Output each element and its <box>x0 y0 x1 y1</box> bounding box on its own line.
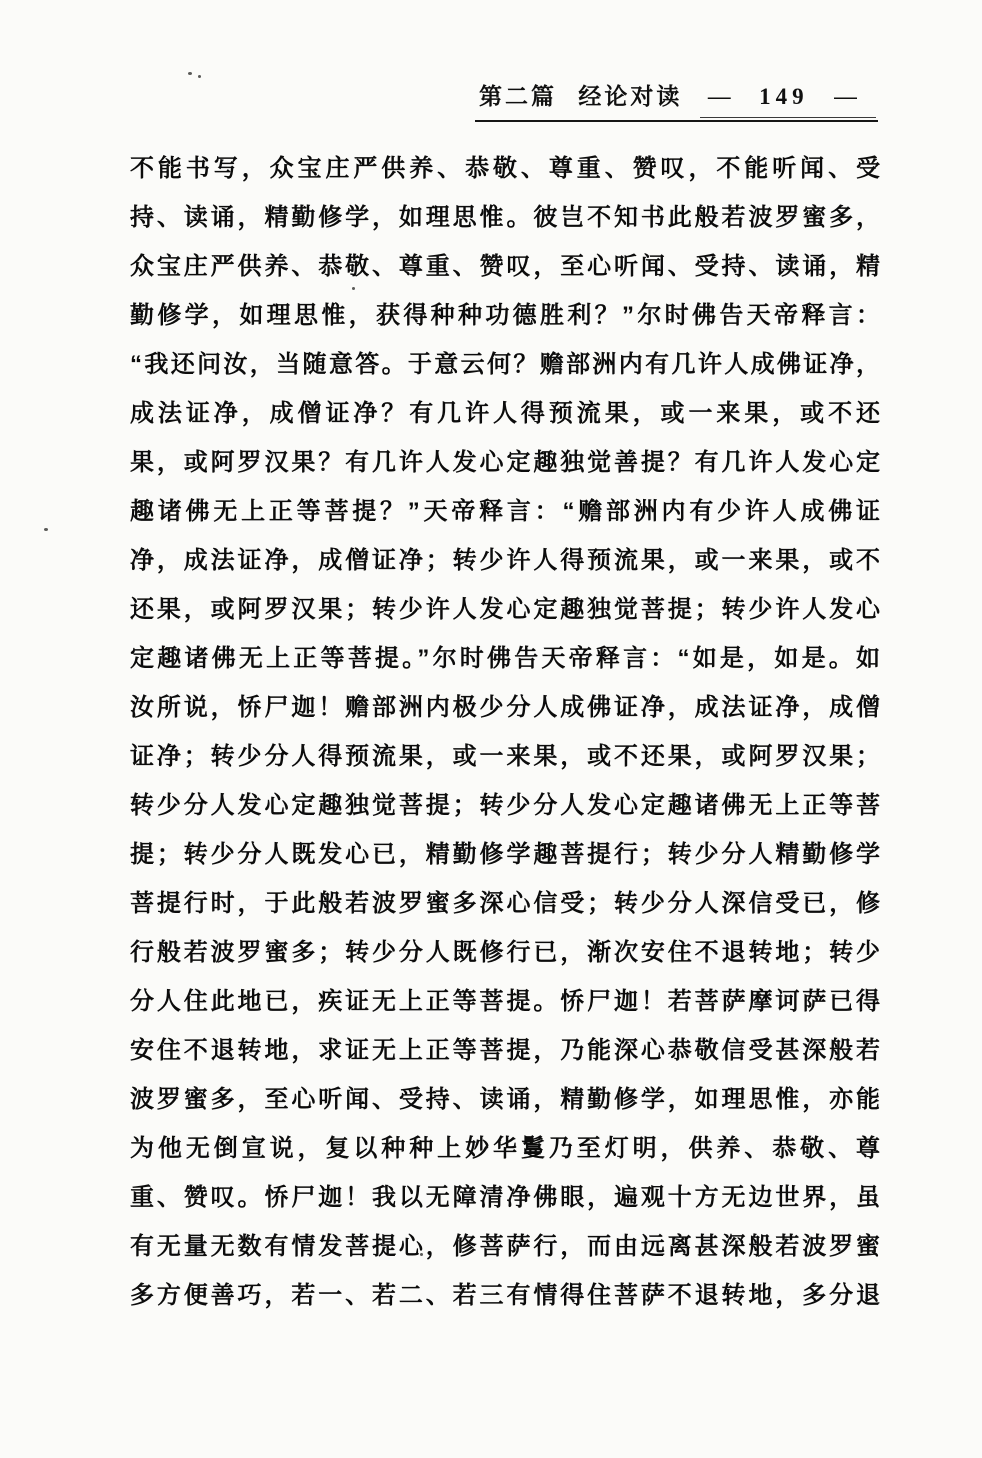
header-section: 第二篇 <box>479 83 557 109</box>
text-line: 有无量无数有情发菩提心，修菩萨行，而由远离甚深般若波罗蜜 <box>130 1222 880 1271</box>
scan-speck <box>198 75 201 78</box>
text-line: 众宝庄严供养、恭敬、尊重、赞叹，至心听闻、受持、读诵，精 <box>130 242 880 291</box>
text-line: 还果，或阿罗汉果；转少许人发心定趣独觉菩提；转少许人发心 <box>130 585 880 634</box>
text-line: 提；转少分人既发心已，精勤修学趣菩提行；转少分人精勤修学 <box>130 830 880 879</box>
scanned-book-page: 第二篇 经论对读 — 149 — 不能书写，众宝庄严供养、恭敬、尊重、赞叹，不能… <box>0 0 982 1458</box>
text-line: 趣诸佛无上正等菩提？”天帝释言：“赡部洲内有少许人成佛证 <box>130 487 880 536</box>
text-line: 汝所说，㤭尸迦！赡部洲内极少分人成佛证净，成法证净，成僧 <box>130 683 880 732</box>
header-rule-echo <box>700 117 876 118</box>
header-left-dash: — <box>708 83 734 109</box>
running-header: 第二篇 经论对读 — 149 — <box>475 78 878 122</box>
text-line: 为他无倒宣说，复以种种上妙华鬘乃至灯明，供养、恭敬、尊 <box>130 1124 880 1173</box>
text-line: 波罗蜜多，至心听闻、受持、读诵，精勤修学，如理思惟，亦能 <box>130 1075 880 1124</box>
scan-speck <box>44 528 48 531</box>
text-line: 多方便善巧，若一、若二、若三有情得住菩萨不退转地，多分退 <box>130 1271 880 1320</box>
header-page-number: 149 <box>759 84 809 109</box>
text-line: 转少分人发心定趣独觉菩提；转少分人发心定趣诸佛无上正等菩 <box>130 781 880 830</box>
text-line: 证净；转少分人得预流果，或一来果，或不还果，或阿罗汉果； <box>130 732 880 781</box>
text-line: 重、赞叹。㤭尸迦！我以无障清净佛眼，遍观十方无边世界，虽 <box>130 1173 880 1222</box>
text-line: 持、读诵，精勤修学，如理思惟。彼岂不知书此般若波罗蜜多， <box>130 193 880 242</box>
header-right-dash: — <box>834 83 860 109</box>
header-chapter-title: 经论对读 <box>578 83 682 109</box>
text-line: 不能书写，众宝庄严供养、恭敬、尊重、赞叹，不能听闻、受 <box>130 144 880 193</box>
text-line: 成法证净，成僧证净？有几许人得预流果，或一来果，或不还 <box>130 389 880 438</box>
text-line: 净，成法证净，成僧证净；转少许人得预流果，或一来果，或不 <box>130 536 880 585</box>
scan-speck <box>188 72 192 75</box>
text-line: 定趣诸佛无上正等菩提。”尔时佛告天帝释言：“如是，如是。如 <box>130 634 880 683</box>
text-line: 安住不退转地，求证无上正等菩提，乃能深心恭敬信受甚深般若 <box>130 1026 880 1075</box>
text-line: 勤修学，如理思惟，获得种种功德胜利？”尔时佛告天帝释言： <box>130 291 880 340</box>
text-line: 行般若波罗蜜多；转少分人既修行已，渐次安住不退转地；转少 <box>130 928 880 977</box>
body-text: 不能书写，众宝庄严供养、恭敬、尊重、赞叹，不能听闻、受 持、读诵，精勤修学，如理… <box>130 144 880 1320</box>
text-line: 果，或阿罗汉果？有几许人发心定趣独觉善提？有几许人发心定 <box>130 438 880 487</box>
text-line: 菩提行时，于此般若波罗蜜多深心信受；转少分人深信受已，修 <box>130 879 880 928</box>
scan-speck <box>420 1253 423 1256</box>
text-line: 分人住此地已，疾证无上正等菩提。㤭尸迦！若菩萨摩诃萨已得 <box>130 977 880 1026</box>
scan-speck <box>352 287 355 290</box>
text-line: “我还问汝，当随意答。于意云何？赡部洲内有几许人成佛证净， <box>130 340 880 389</box>
